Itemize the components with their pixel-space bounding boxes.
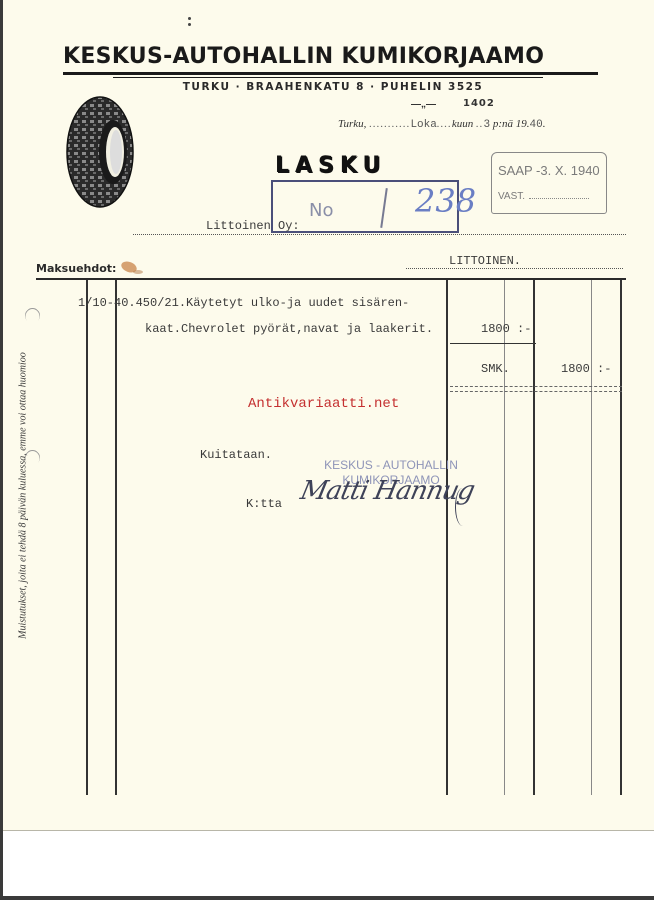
line-amount: 1800 :- xyxy=(481,322,531,336)
tire-icon xyxy=(65,95,135,210)
secondary-phone: 1402 xyxy=(463,98,495,109)
handwritten-number: 238 xyxy=(415,182,476,220)
recipient-city: LITTOINEN. xyxy=(449,254,521,268)
column-line xyxy=(504,280,505,795)
date-month: Loka xyxy=(410,119,436,131)
side-note: Muistutukset, joita ei tehdä 8 päivän ku… xyxy=(18,306,29,686)
ink-speck xyxy=(188,17,191,20)
city-dotted-line xyxy=(406,268,623,269)
invoice-paper: KESKUS-AUTOHALLIN KUMIKORJAAMO TURKU · B… xyxy=(3,0,654,831)
date-day: 3 xyxy=(483,119,490,131)
ditto-mark: —„— xyxy=(411,99,436,110)
receipt-acknowledgement: Kuitataan. xyxy=(200,448,272,462)
column-line xyxy=(446,280,448,795)
scan-frame-bottom xyxy=(0,896,654,900)
received-stamp: SAAP -3. X. 1940 VAST. xyxy=(491,152,607,214)
recipient-dotted-line xyxy=(133,234,626,235)
total-double-rule xyxy=(450,386,622,392)
column-line xyxy=(533,280,535,795)
invoice-line-1: 1/10-40.450/21.Käytetyt ulko-ja uudet si… xyxy=(78,296,409,310)
date-city: Turku, xyxy=(338,118,366,130)
date-year: 40 xyxy=(530,119,543,131)
total-label: SMK. xyxy=(481,362,510,376)
table-top-rule xyxy=(36,278,626,280)
payment-terms-label: Maksuehdot: xyxy=(36,262,116,275)
total-amount: 1800 :- xyxy=(561,362,611,376)
column-line xyxy=(115,280,117,795)
column-line xyxy=(86,280,88,795)
signature-flourish xyxy=(455,488,470,526)
number-prefix: No xyxy=(309,200,333,221)
watermark: Antikvariaatti.net xyxy=(248,396,399,412)
signer-label: K:tta xyxy=(246,497,282,511)
ink-speck xyxy=(188,23,191,26)
recipient-name: Littoinen Oy: xyxy=(206,219,300,233)
signature: Matti Hannug xyxy=(298,476,477,506)
subtotal-rule xyxy=(450,343,536,344)
column-line xyxy=(620,280,622,795)
header-rule-thin xyxy=(113,77,543,78)
document-title: LASKU xyxy=(275,153,386,178)
date-line: Turku, ...........Loka....kuun ..3 p:nä … xyxy=(338,118,545,131)
column-line xyxy=(591,280,592,795)
header-rule-thick xyxy=(63,72,598,75)
company-name: KESKUS-AUTOHALLIN KUMIKORJAAMO xyxy=(63,44,603,69)
company-address: TURKU · BRAAHENKATU 8 · PUHELIN 3525 xyxy=(153,81,513,93)
stain-mark xyxy=(133,270,143,274)
stamp-slash xyxy=(380,188,388,228)
invoice-line-2: kaat.Chevrolet pyörät,navat ja laakerit. xyxy=(145,322,433,336)
answered-label: VAST. xyxy=(498,191,589,202)
received-date: SAAP -3. X. 1940 xyxy=(498,163,600,178)
